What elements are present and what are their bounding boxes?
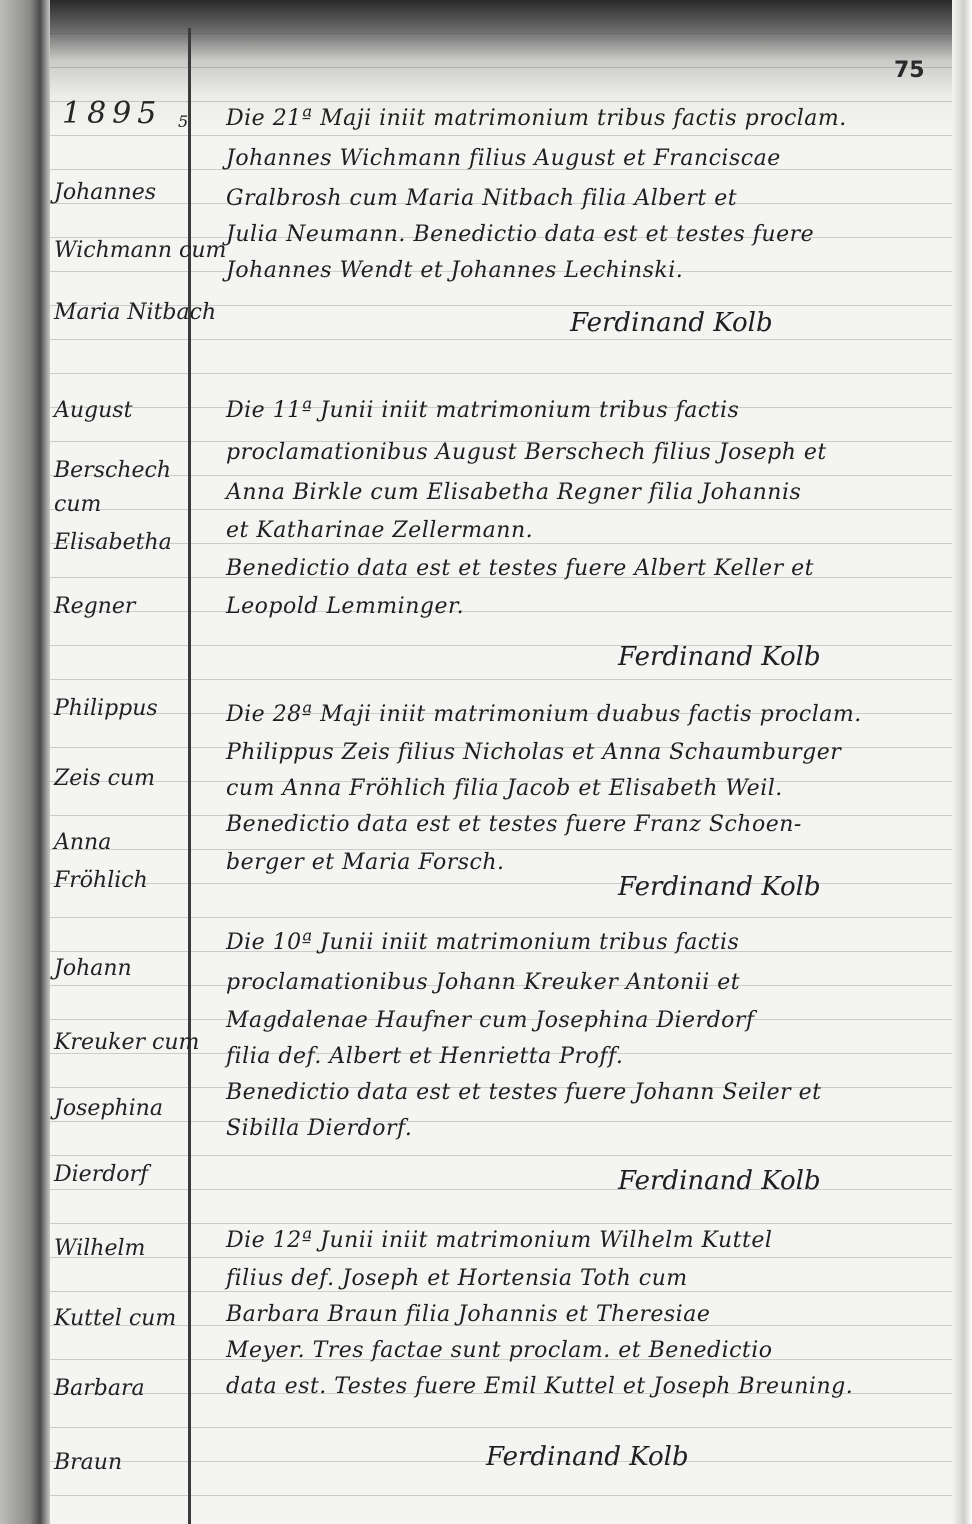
entry-line: Benedictio data est et testes fuere Fran… — [226, 812, 802, 837]
margin-name: Barbara — [54, 1376, 145, 1401]
entry-line: Die 28ª Maji iniit matrimonium duabus fa… — [226, 702, 862, 727]
entry-line: Leopold Lemminger. — [226, 594, 464, 619]
margin-name: August — [54, 398, 132, 423]
entry-line: Die 10ª Junii iniit matrimonium tribus f… — [226, 930, 739, 955]
entry-line: Benedictio data est et testes fuere Albe… — [226, 556, 814, 581]
margin-name: Fröhlich — [54, 868, 148, 893]
page-edge — [952, 0, 972, 1524]
entry-line: Sibilla Dierdorf. — [226, 1116, 412, 1141]
register-year: 1895 — [62, 96, 162, 131]
entry-line: Johannes Wendt et Johannes Lechinski. — [226, 258, 683, 283]
margin-name: Elisabetha — [54, 530, 172, 555]
margin-name: Braun — [54, 1450, 122, 1475]
year-mark: 5 — [178, 112, 188, 131]
entry-line: berger et Maria Forsch. — [226, 850, 505, 875]
entry-line: Gralbrosh cum Maria Nitbach filia Albert… — [226, 186, 737, 211]
entry-line: Philippus Zeis filius Nicholas et Anna S… — [226, 740, 841, 765]
margin-name: Johannes — [54, 180, 156, 205]
margin-name: Zeis cum — [54, 766, 155, 791]
entry-line: Anna Birkle cum Elisabetha Regner filia … — [226, 480, 801, 505]
margin-name: Kreuker cum — [54, 1030, 199, 1055]
margin-name: Anna — [54, 830, 111, 855]
margin-name: Kuttel cum — [54, 1306, 176, 1331]
entry-line: proclamationibus August Berschech filius… — [226, 440, 827, 465]
margin-name: Wilhelm — [54, 1236, 145, 1261]
entry-line: filius def. Joseph et Hortensia Toth cum — [226, 1266, 688, 1291]
entry-line: Johannes Wichmann filius August et Franc… — [226, 146, 781, 171]
entry-line: filia def. Albert et Henrietta Proff. — [226, 1044, 623, 1069]
entry-line: Die 21ª Maji iniit matrimonium tribus fa… — [226, 106, 847, 131]
priest-signature: Ferdinand Kolb — [570, 308, 773, 338]
binding-shadow — [0, 0, 50, 1524]
margin-name: Dierdorf — [54, 1162, 148, 1187]
margin-name: Regner — [54, 594, 135, 619]
entry-line: Die 12ª Junii iniit matrimonium Wilhelm … — [226, 1228, 772, 1253]
priest-signature: Ferdinand Kolb — [618, 872, 821, 902]
entry-line: Benedictio data est et testes fuere Joha… — [226, 1080, 821, 1105]
margin-name: Philippus — [54, 696, 158, 721]
margin-name: Josephina — [54, 1096, 163, 1121]
priest-signature: Ferdinand Kolb — [618, 1166, 821, 1196]
margin-name: cum — [54, 492, 101, 517]
margin-name: Wichmann cum — [54, 238, 226, 263]
entry-line: Meyer. Tres factae sunt proclam. et Bene… — [226, 1338, 773, 1363]
margin-name: Johann — [54, 956, 132, 981]
entry-line: Julia Neumann. Benedictio data est et te… — [226, 222, 814, 247]
entry-line: data est. Testes fuere Emil Kuttel et Jo… — [226, 1374, 853, 1399]
margin-name: Berschech — [54, 458, 171, 483]
entry-line: proclamationibus Johann Kreuker Antonii … — [226, 970, 740, 995]
entry-line: Die 11ª Junii iniit matrimonium tribus f… — [226, 398, 739, 423]
margin-name: Maria Nitbach — [54, 300, 216, 325]
entry-line: Barbara Braun filia Johannis et Theresia… — [226, 1302, 710, 1327]
register-page: 75 1895 5 JohannesWichmann cumMaria Nitb… — [0, 0, 972, 1524]
priest-signature: Ferdinand Kolb — [486, 1442, 689, 1472]
priest-signature: Ferdinand Kolb — [618, 642, 821, 672]
page-number: 75 — [894, 58, 925, 83]
entry-line: Magdalenae Haufner cum Josephina Dierdor… — [226, 1008, 755, 1033]
entry-line: et Katharinae Zellermann. — [226, 518, 533, 543]
entry-line: cum Anna Fröhlich filia Jacob et Elisabe… — [226, 776, 783, 801]
